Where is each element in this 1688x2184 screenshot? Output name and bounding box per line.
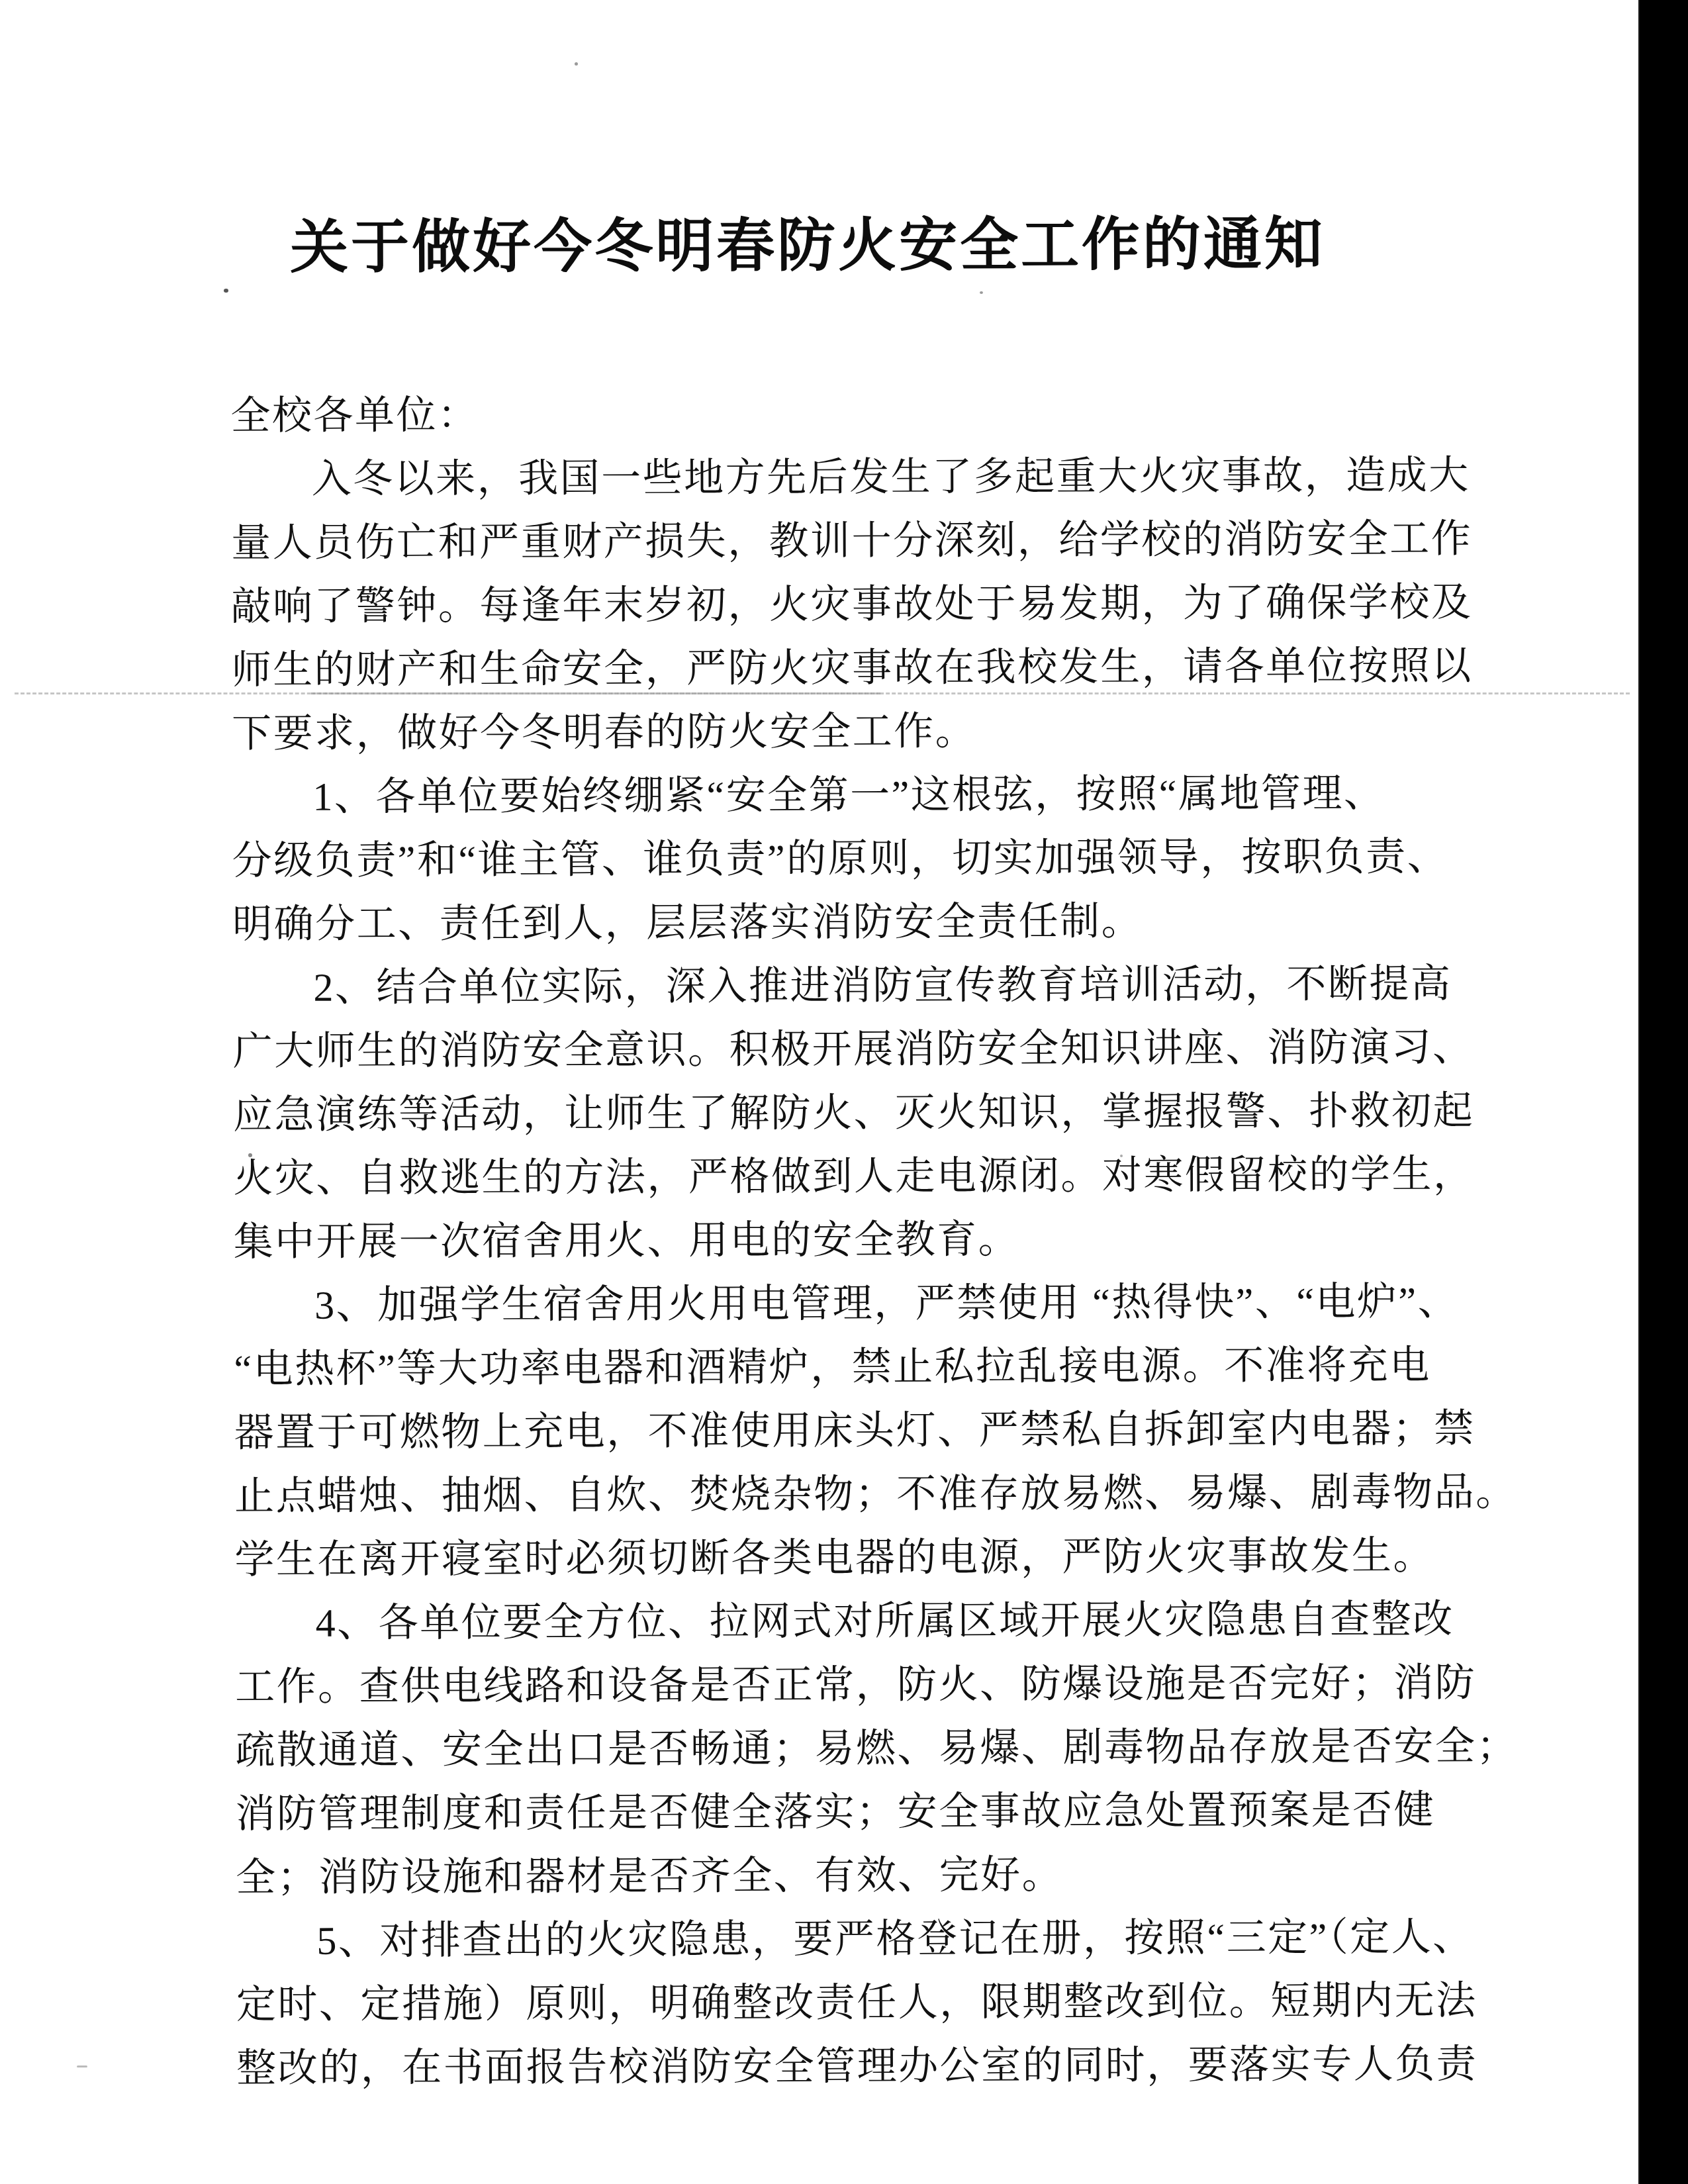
document-body: 全校各单位：入冬以来，我国一些地方先后发生了多起重大火灾事故，造成大量人员伤亡和…: [230, 380, 1401, 2100]
text-line: 4、各单位要全方位、拉网式对所属区域开展火灾隐患自查整改: [235, 1588, 1400, 1655]
text-line: 量人员伤亡和严重财产损失，教训十分深刻，给学校的消防安全工作: [231, 507, 1396, 575]
text-line: “电热杯”等大功率电器和酒精炉，禁止私拉乱接电源。不准将充电: [234, 1333, 1399, 1401]
text-line: 入冬以来，我国一些地方先后发生了多起重大火灾事故，造成大: [231, 444, 1396, 511]
text-line: 师生的财产和生命安全，严防火灾事故在我校发生，请各单位按照以: [232, 634, 1397, 702]
text-line: 整改的，在书面报告校消防安全管理办公室的同时，要落实专人负责: [236, 2032, 1401, 2100]
text-line: 工作。查供电线路和设备是否正常，防火、防爆设施是否完好；消防: [235, 1651, 1400, 1719]
text-line: 全；消防设施和器材是否齐全、有效、完好。: [236, 1842, 1401, 1909]
text-line: 1、各单位要始终绷紧“安全第一”这根弦，按照“属地管理、: [232, 761, 1397, 829]
text-line: 疏散通道、安全出口是否畅通；易燃、易爆、剧毒物品存放是否安全；: [235, 1715, 1400, 1782]
scan-speck: [575, 62, 578, 66]
text-line: 消防管理制度和责任是否健全落实；安全事故应急处置预案是否健: [236, 1778, 1401, 1846]
scan-speck: [77, 2065, 87, 2067]
scan-speck: [224, 289, 228, 293]
text-line: 2、结合单位实际，深入推进消防宣传教育培训活动，不断提高: [232, 952, 1397, 1020]
scan-speck: [980, 291, 983, 294]
scan-speck: [1120, 1155, 1123, 1157]
text-line: 5、对排查出的火灾隐患，要严格登记在册，按照“三定”（定人、: [236, 1905, 1401, 1973]
text-line: 敲响了警钟。每逢年末岁初，火灾事故处于易发期，为了确保学校及: [231, 571, 1396, 638]
document-title: 关于做好今冬明春防火安全工作的通知: [230, 209, 1385, 285]
text-line: 止点蜡烛、抽烟、自炊、焚烧杂物；不准存放易燃、易爆、剧毒物品。: [234, 1460, 1399, 1528]
scanned-document-page: 关于做好今冬明春防火安全工作的通知 全校各单位：入冬以来，我国一些地方先后发生了…: [0, 0, 1688, 2184]
text-line: 明确分工、责任到人，层层落实消防安全责任制。: [232, 888, 1397, 956]
text-line: 学生在离开寝室时必须切断各类电器的电源，严防火灾事故发生。: [234, 1524, 1399, 1591]
text-line: 下要求，做好今冬明春的防火安全工作。: [232, 698, 1397, 765]
text-line: 分级负责”和“谁主管、谁负责”的原则，切实加强领导，按职负责、: [232, 825, 1397, 892]
document-content: 关于做好今冬明春防火安全工作的通知 全校各单位：入冬以来，我国一些地方先后发生了…: [0, 0, 1688, 2184]
text-line: 3、加强学生宿舍用火用电管理，严禁使用 “热得快”、“电炉”、: [234, 1270, 1399, 1337]
text-line: 集中开展一次宿舍用火、用电的安全教育。: [234, 1206, 1399, 1274]
text-line: 应急演练等活动，让师生了解防火、灭火知识，掌握报警、扑救初起: [233, 1079, 1398, 1147]
text-line: 广大师生的消防安全意识。积极开展消防安全知识讲座、消防演习、: [233, 1016, 1398, 1083]
text-line: 器置于可燃物上充电，不准使用床头灯、严禁私自拆卸室内电器；禁: [234, 1397, 1399, 1464]
scan-speck: [248, 1153, 252, 1157]
text-line: 火灾、自救逃生的方法，严格做到人走电源闭。对寒假留校的学生，: [233, 1143, 1398, 1210]
scan-edge-band: [1638, 0, 1688, 2184]
text-line: 全校各单位：: [230, 380, 1395, 448]
scan-noise-line-dark-segment: [311, 692, 880, 694]
text-line: 定时、定措施）原则，明确整改责任人，限期整改到位。短期内无法: [236, 1969, 1401, 2036]
